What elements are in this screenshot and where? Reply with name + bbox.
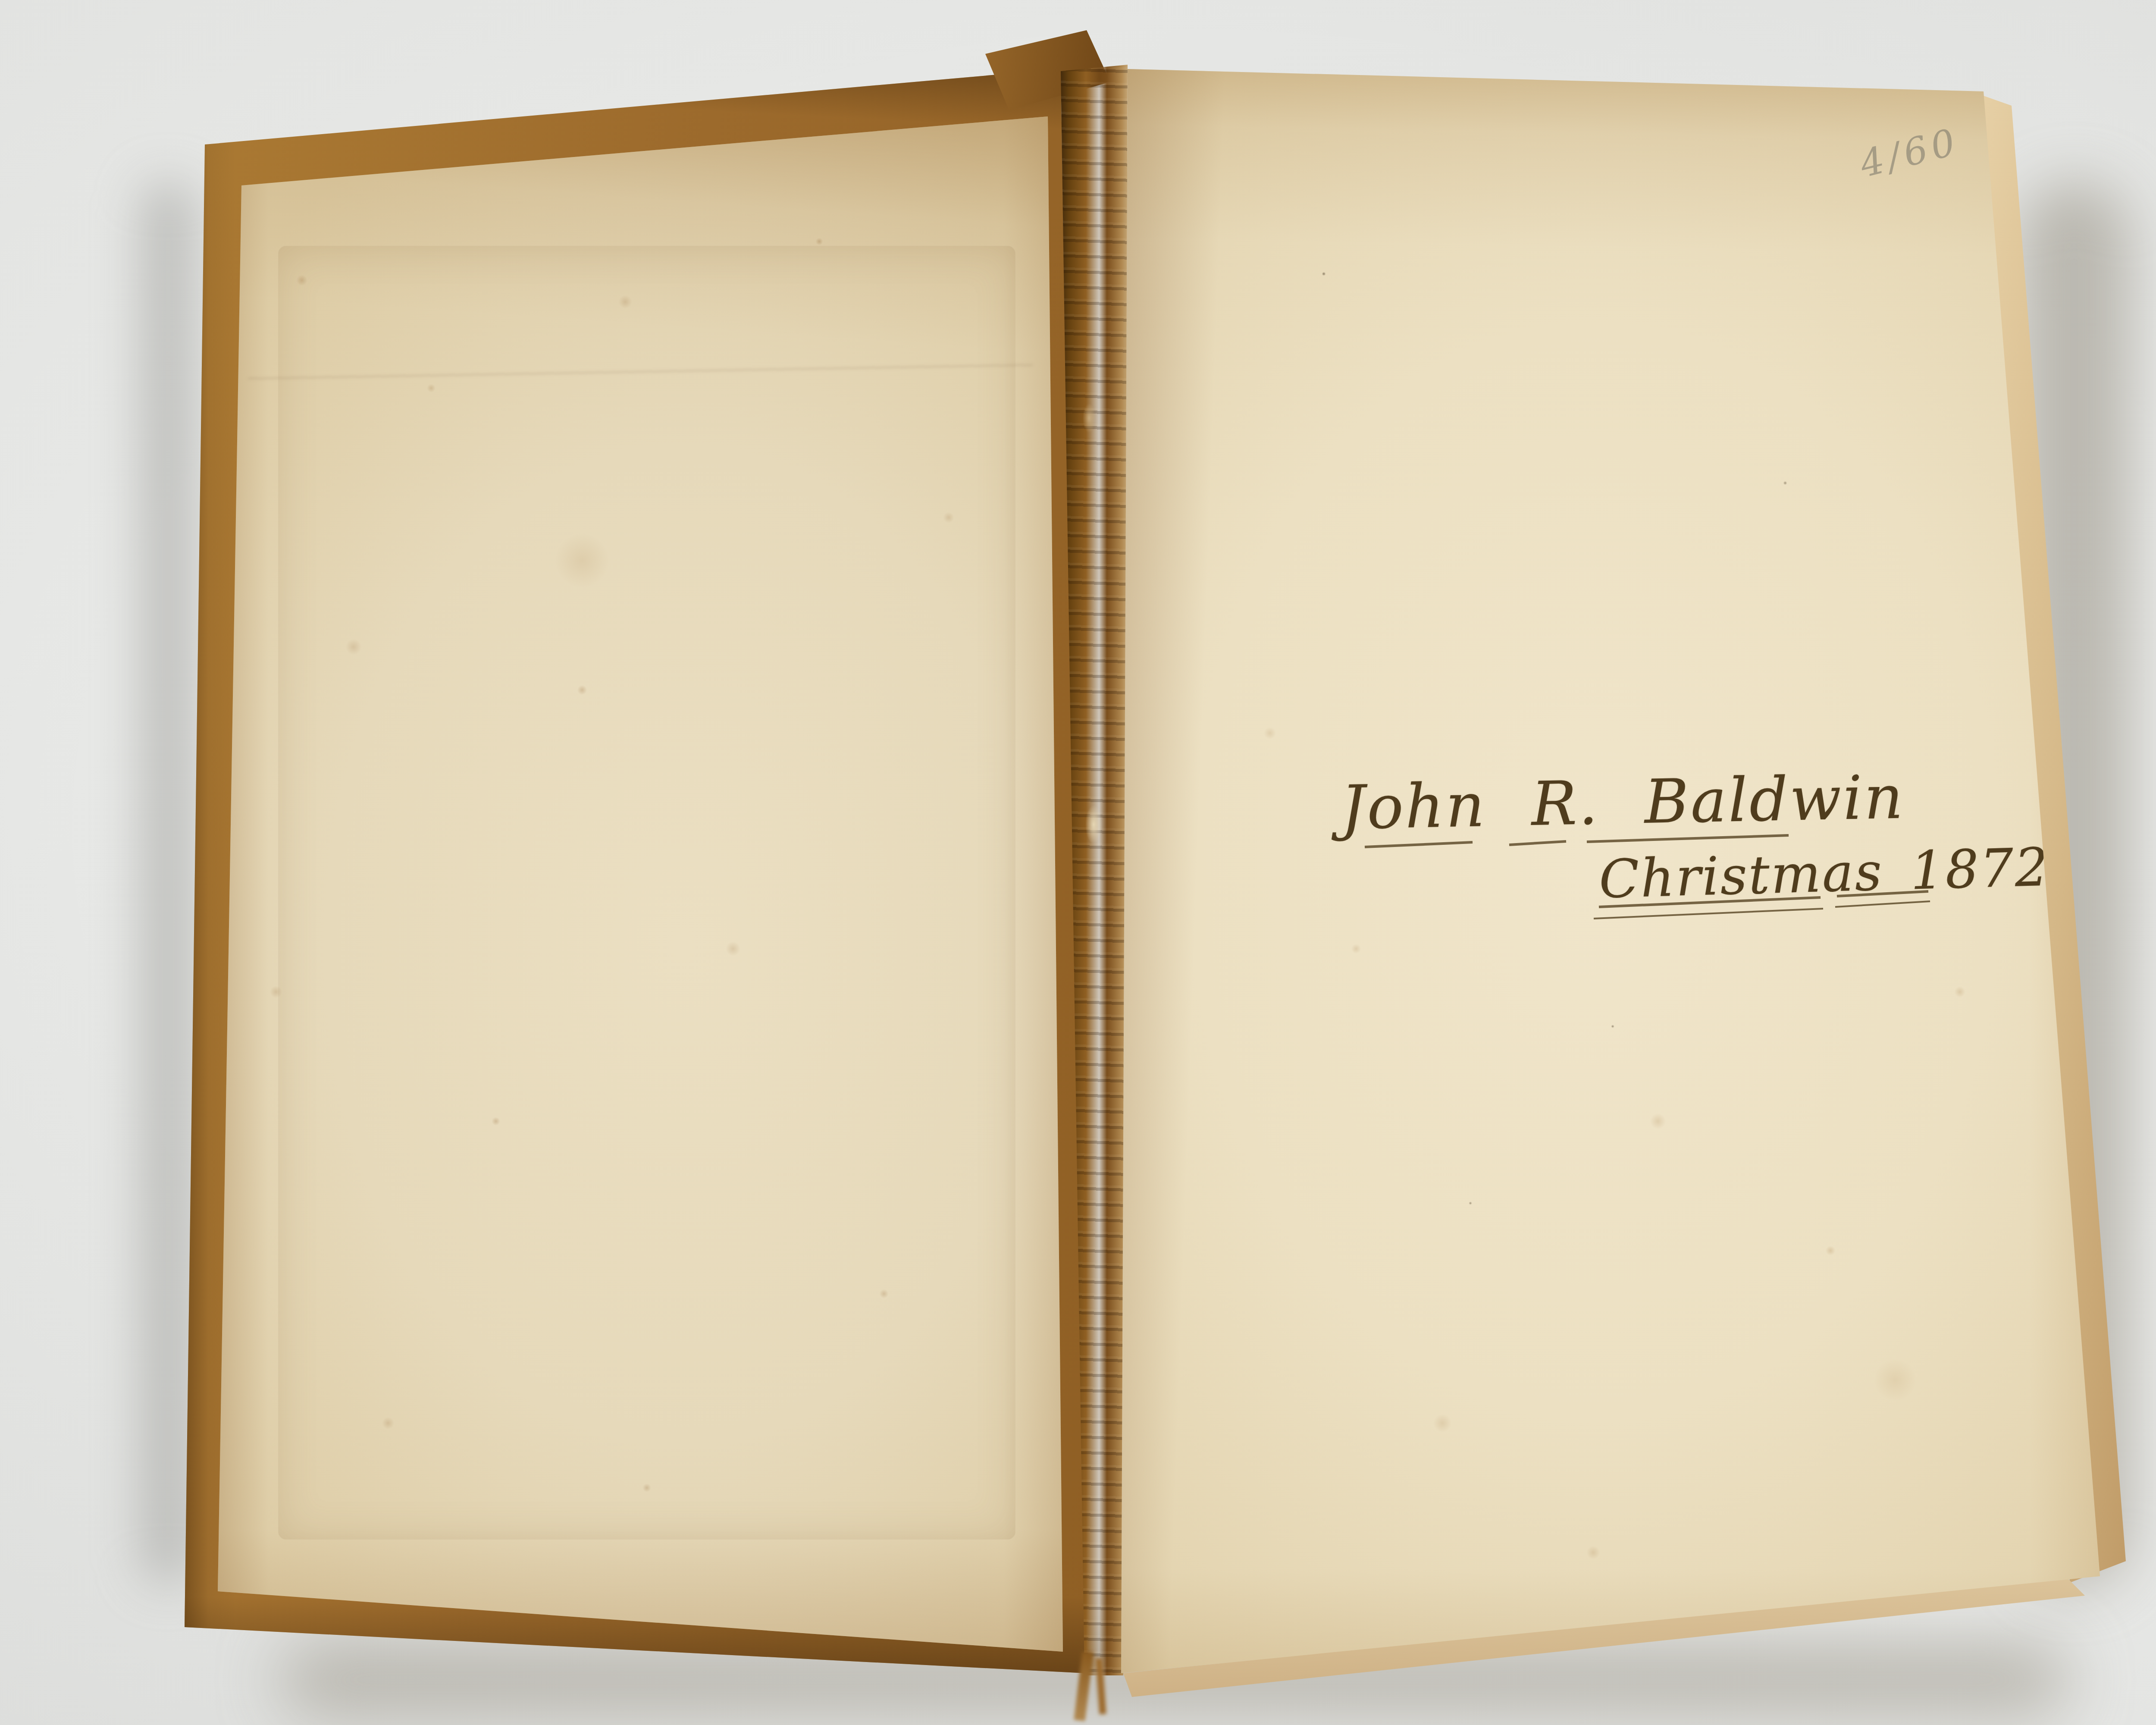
inscription-owner-name: John R. Baldwin	[1341, 767, 1905, 838]
pastedown-inner-panel	[278, 246, 1015, 1540]
book-shadow-left	[142, 181, 194, 1583]
underline-christmas-2	[1594, 909, 1823, 919]
pencil-shelf-mark: 4/60	[1856, 123, 1963, 183]
inscription-date: Christmas 1872	[1598, 841, 2050, 906]
pastedown-endpaper	[218, 116, 1063, 1652]
underline-r	[1509, 841, 1566, 845]
underline-john	[1365, 842, 1473, 847]
flyleaf-endpaper: John R. Baldwin Christmas 1872 4/60	[1121, 60, 2109, 1682]
